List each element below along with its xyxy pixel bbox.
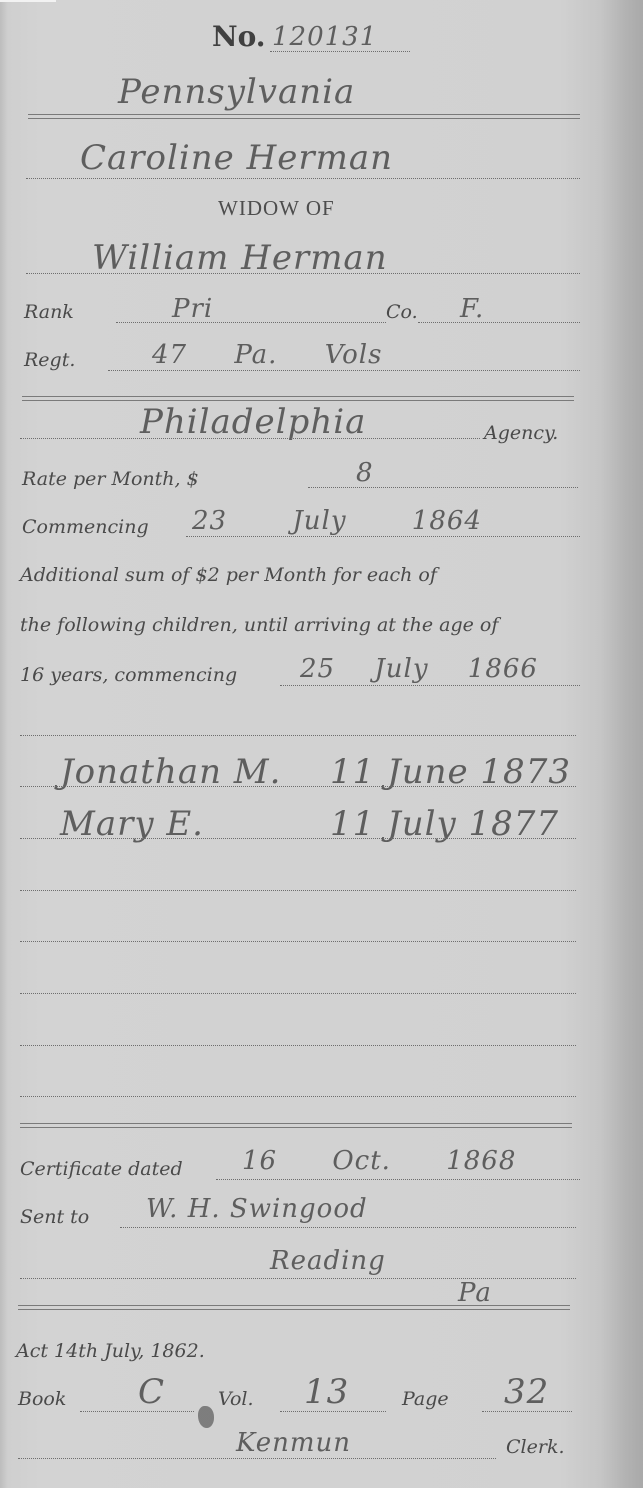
claimant-name: Caroline Herman <box>80 138 393 178</box>
page-line <box>482 1411 572 1412</box>
sent-to-line <box>120 1227 576 1228</box>
regiment-value: 47 Pa. Vols <box>152 340 382 370</box>
state-double-rule <box>28 114 580 119</box>
soldier-name: William Herman <box>92 238 388 278</box>
company-label: Co. <box>386 301 418 323</box>
sent-to-label: Sent to <box>20 1206 89 1228</box>
commencing-value: 23 July 1864 <box>192 506 482 536</box>
clerk-signature: Kenmun <box>236 1428 351 1458</box>
vol-label: Vol. <box>218 1388 254 1410</box>
child-line-3 <box>20 890 576 891</box>
regiment-line <box>108 370 580 371</box>
scan-corner-mark <box>0 0 56 2</box>
sent-to-value: W. H. Swingood <box>146 1194 368 1224</box>
child-1-line <box>20 786 576 787</box>
additional-text-line-1: Additional sum of $2 per Month for each … <box>20 564 437 586</box>
company-line <box>418 322 580 323</box>
child-line-5 <box>20 993 576 994</box>
certificate-label: Certificate dated <box>20 1158 183 1180</box>
claimant-line <box>26 178 580 179</box>
commencing-line <box>186 536 580 537</box>
widow-of-heading: WIDOW OF <box>218 196 335 221</box>
agency-line <box>20 438 480 439</box>
vol-value: 13 <box>304 1372 349 1412</box>
child-line-6 <box>20 1045 576 1046</box>
rank-label: Rank <box>24 301 74 323</box>
section-double-rule-2 <box>20 1123 572 1128</box>
sent-to-city-line <box>20 1278 576 1279</box>
sent-to-city: Reading <box>270 1246 386 1276</box>
regiment-label: Regt. <box>24 349 75 371</box>
soldier-line <box>26 273 580 274</box>
agency-label: Agency. <box>484 422 558 444</box>
ink-stain <box>198 1406 214 1428</box>
child-line-7 <box>20 1096 576 1097</box>
sent-to-state: Pa <box>458 1278 492 1308</box>
act-text: Act 14th July, 1862. <box>16 1340 205 1362</box>
additional-text-line-2: the following children, until arriving a… <box>20 614 498 636</box>
child-line-4 <box>20 941 576 942</box>
child-line-blank <box>20 735 576 736</box>
section-double-rule-3 <box>18 1305 570 1310</box>
certificate-line <box>216 1179 580 1180</box>
rank-value: Pri <box>172 294 213 324</box>
book-value: C <box>138 1372 165 1412</box>
page-label: Page <box>402 1388 449 1410</box>
child-2-line <box>20 838 576 839</box>
number-label: No. <box>212 20 266 53</box>
section-double-rule-1 <box>22 396 574 401</box>
rate-label: Rate per Month, $ <box>22 468 199 490</box>
agency-value: Philadelphia <box>140 402 366 442</box>
book-line <box>80 1411 194 1412</box>
state-value: Pennsylvania <box>118 72 355 112</box>
additional-text-line-3: 16 years, commencing <box>20 664 237 686</box>
commencing-label: Commencing <box>22 516 149 538</box>
number-line <box>270 51 410 52</box>
additional-commencing-line <box>280 685 580 686</box>
number-value: 120131 <box>272 22 377 52</box>
rank-line <box>116 322 386 323</box>
company-value: F. <box>460 294 484 324</box>
vol-line <box>280 1411 386 1412</box>
certificate-value: 16 Oct. 1868 <box>242 1146 516 1176</box>
pension-index-card: No. 120131 Pennsylvania Caroline Herman … <box>0 0 643 1488</box>
clerk-line <box>18 1458 496 1459</box>
rate-value: 8 <box>356 458 374 488</box>
page-value: 32 <box>504 1372 549 1412</box>
book-label: Book <box>18 1388 66 1410</box>
clerk-label: Clerk. <box>506 1436 565 1458</box>
additional-commencing-value: 25 July 1866 <box>300 654 538 684</box>
rate-line <box>308 487 578 488</box>
